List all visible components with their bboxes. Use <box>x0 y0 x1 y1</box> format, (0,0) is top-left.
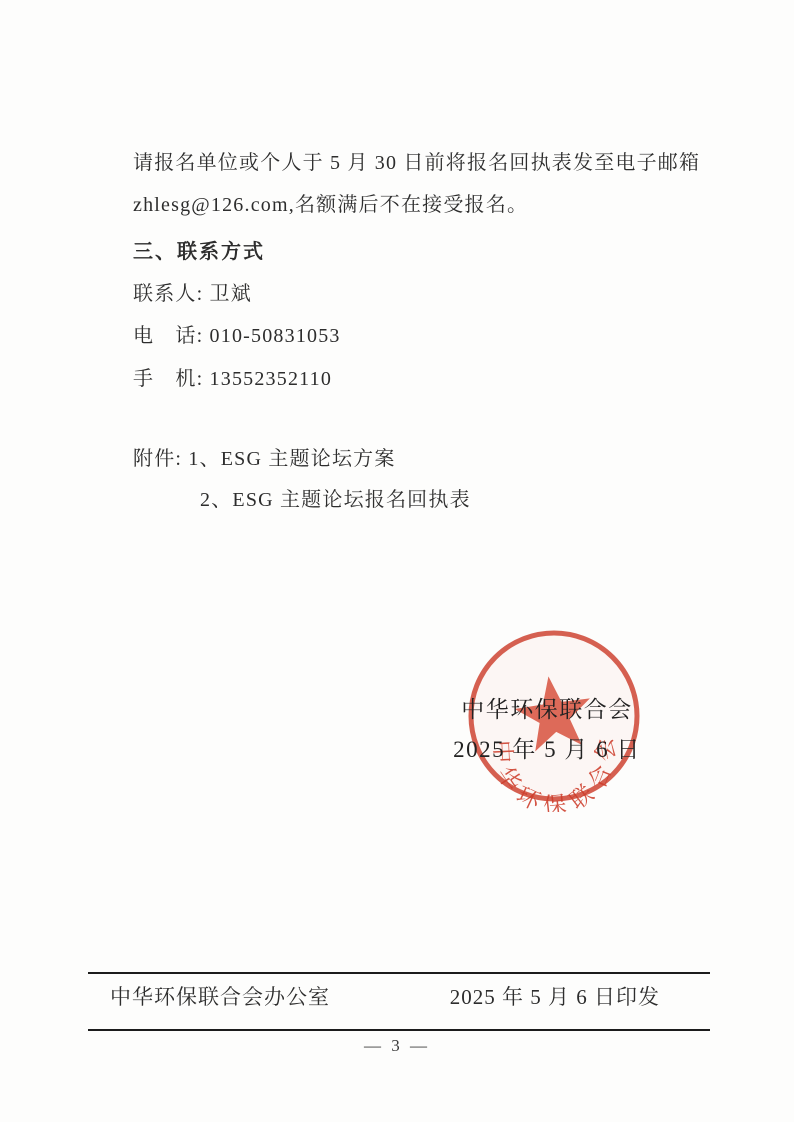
signature-date: 2025 年 5 月 6 日 <box>452 731 642 764</box>
document-page: 请报名单位或个人于 5 月 30 日前将报名回执表发至电子邮箱 zhlesg@1… <box>0 0 794 1122</box>
page-number: — 3 — <box>0 1036 794 1056</box>
mobile-line: 手 机: 13552352110 <box>133 366 332 392</box>
footer-rule-top <box>88 972 710 974</box>
body-paragraph-line-2: zhlesg@126.com,名额满后不在接受报名。 <box>133 192 528 218</box>
footer-office: 中华环保联合会办公室 <box>88 981 330 1011</box>
section-heading-contact: 三、联系方式 <box>133 239 265 265</box>
footer-issue-date: 2025 年 5 月 6 日印发 <box>450 981 710 1011</box>
signature-organization: 中华环保联合会 <box>452 691 642 724</box>
attachment-line-1: 附件: 1、ESG 主题论坛方案 <box>133 446 396 472</box>
phone-line: 电 话: 010-50831053 <box>133 323 341 349</box>
contact-person-line: 联系人: 卫斌 <box>133 281 252 307</box>
body-paragraph-line-1: 请报名单位或个人于 5 月 30 日前将报名回执表发至电子邮箱 <box>133 150 700 176</box>
attachment-line-2: 2、ESG 主题论坛报名回执表 <box>200 487 471 513</box>
footer-rule-bottom <box>88 1029 710 1031</box>
footer-row: 中华环保联合会办公室 2025 年 5 月 6 日印发 <box>88 981 710 1011</box>
